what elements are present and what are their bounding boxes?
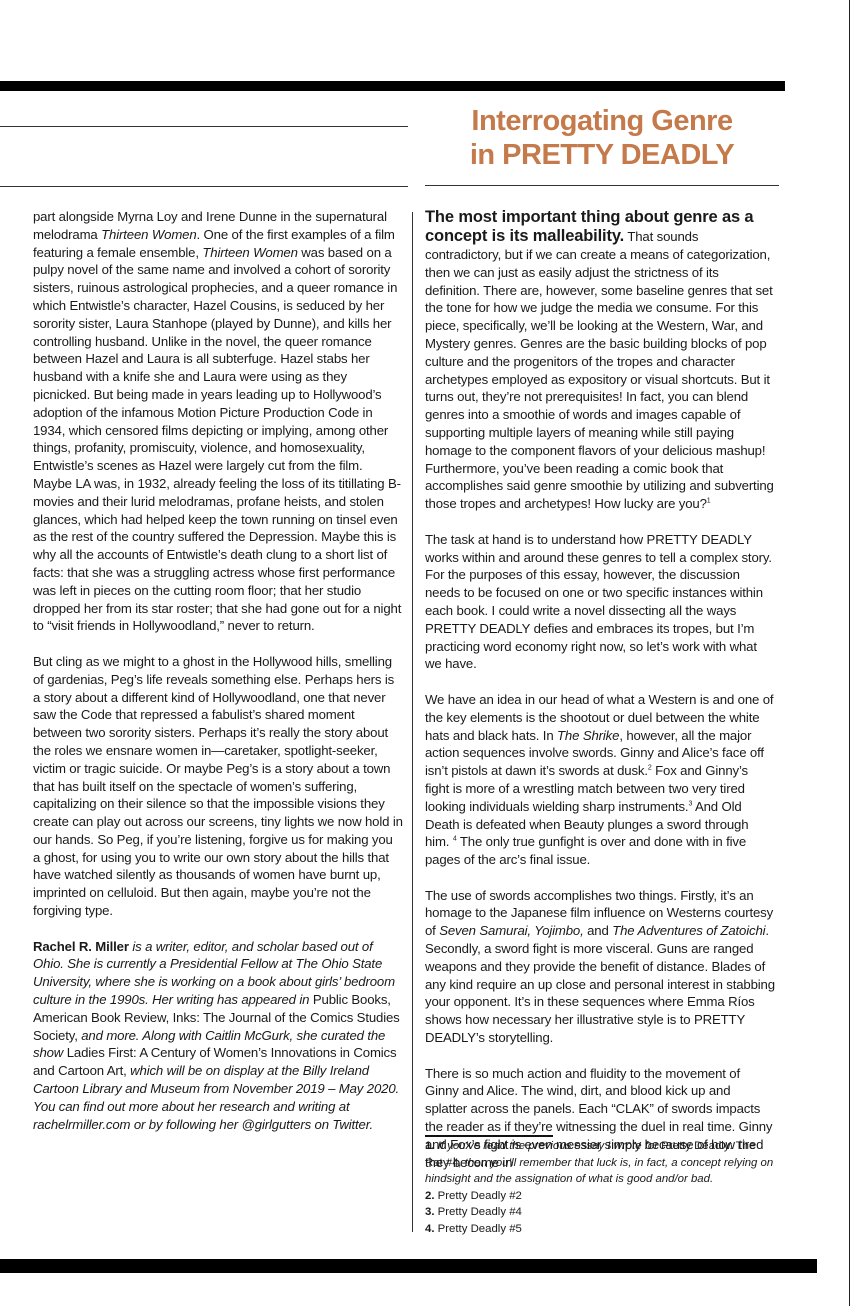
footnote-2: 2. Pretty Deadly #2 [425, 1188, 775, 1205]
right-paragraph-4: The use of swords accomplishes two thing… [425, 887, 775, 1047]
column-divider [412, 212, 413, 1232]
bottom-black-bar [0, 1259, 817, 1273]
footnote-1: 1. If you’ve read the previous essay I w… [425, 1138, 775, 1188]
title-line-2: in PRETTY DEADLY [425, 138, 779, 172]
right-paragraph-2: The task at hand is to understand how PR… [425, 531, 775, 673]
left-paragraph-2: But cling as we might to a ghost in the … [33, 653, 403, 920]
footnotes: 1. If you’ve read the previous essay I w… [425, 1138, 775, 1237]
right-column: The most important thing about genre as … [425, 208, 775, 1189]
title-line-1: Interrogating Genre [425, 104, 779, 138]
article-title: Interrogating Genre in PRETTY DEADLY [425, 104, 779, 172]
top-black-bar [0, 81, 785, 91]
left-paragraph-1: part alongside Myrna Loy and Irene Dunne… [33, 208, 403, 635]
author-name: Rachel R. Miller [33, 939, 129, 954]
footnote-4: 4. Pretty Deadly #5 [425, 1221, 775, 1238]
right-paragraph-1: The most important thing about genre as … [425, 208, 775, 513]
lead-sentence: The most important thing about genre as … [425, 208, 753, 245]
footnote-3: 3. Pretty Deadly #4 [425, 1204, 775, 1221]
film-title: Thirteen Women [202, 245, 297, 260]
author-bio: Rachel R. Miller is a writer, editor, an… [33, 938, 403, 1134]
left-header-rule-top [0, 126, 408, 127]
title-underline [425, 185, 779, 186]
left-header-rule-bottom [0, 186, 408, 187]
right-paragraph-3: We have an idea in our head of what a We… [425, 691, 775, 869]
footnote-rule [425, 1135, 553, 1137]
footnote-ref: 1 [707, 498, 711, 505]
left-column: part alongside Myrna Loy and Irene Dunne… [33, 208, 403, 1151]
film-title: Thirteen Women [101, 227, 196, 242]
